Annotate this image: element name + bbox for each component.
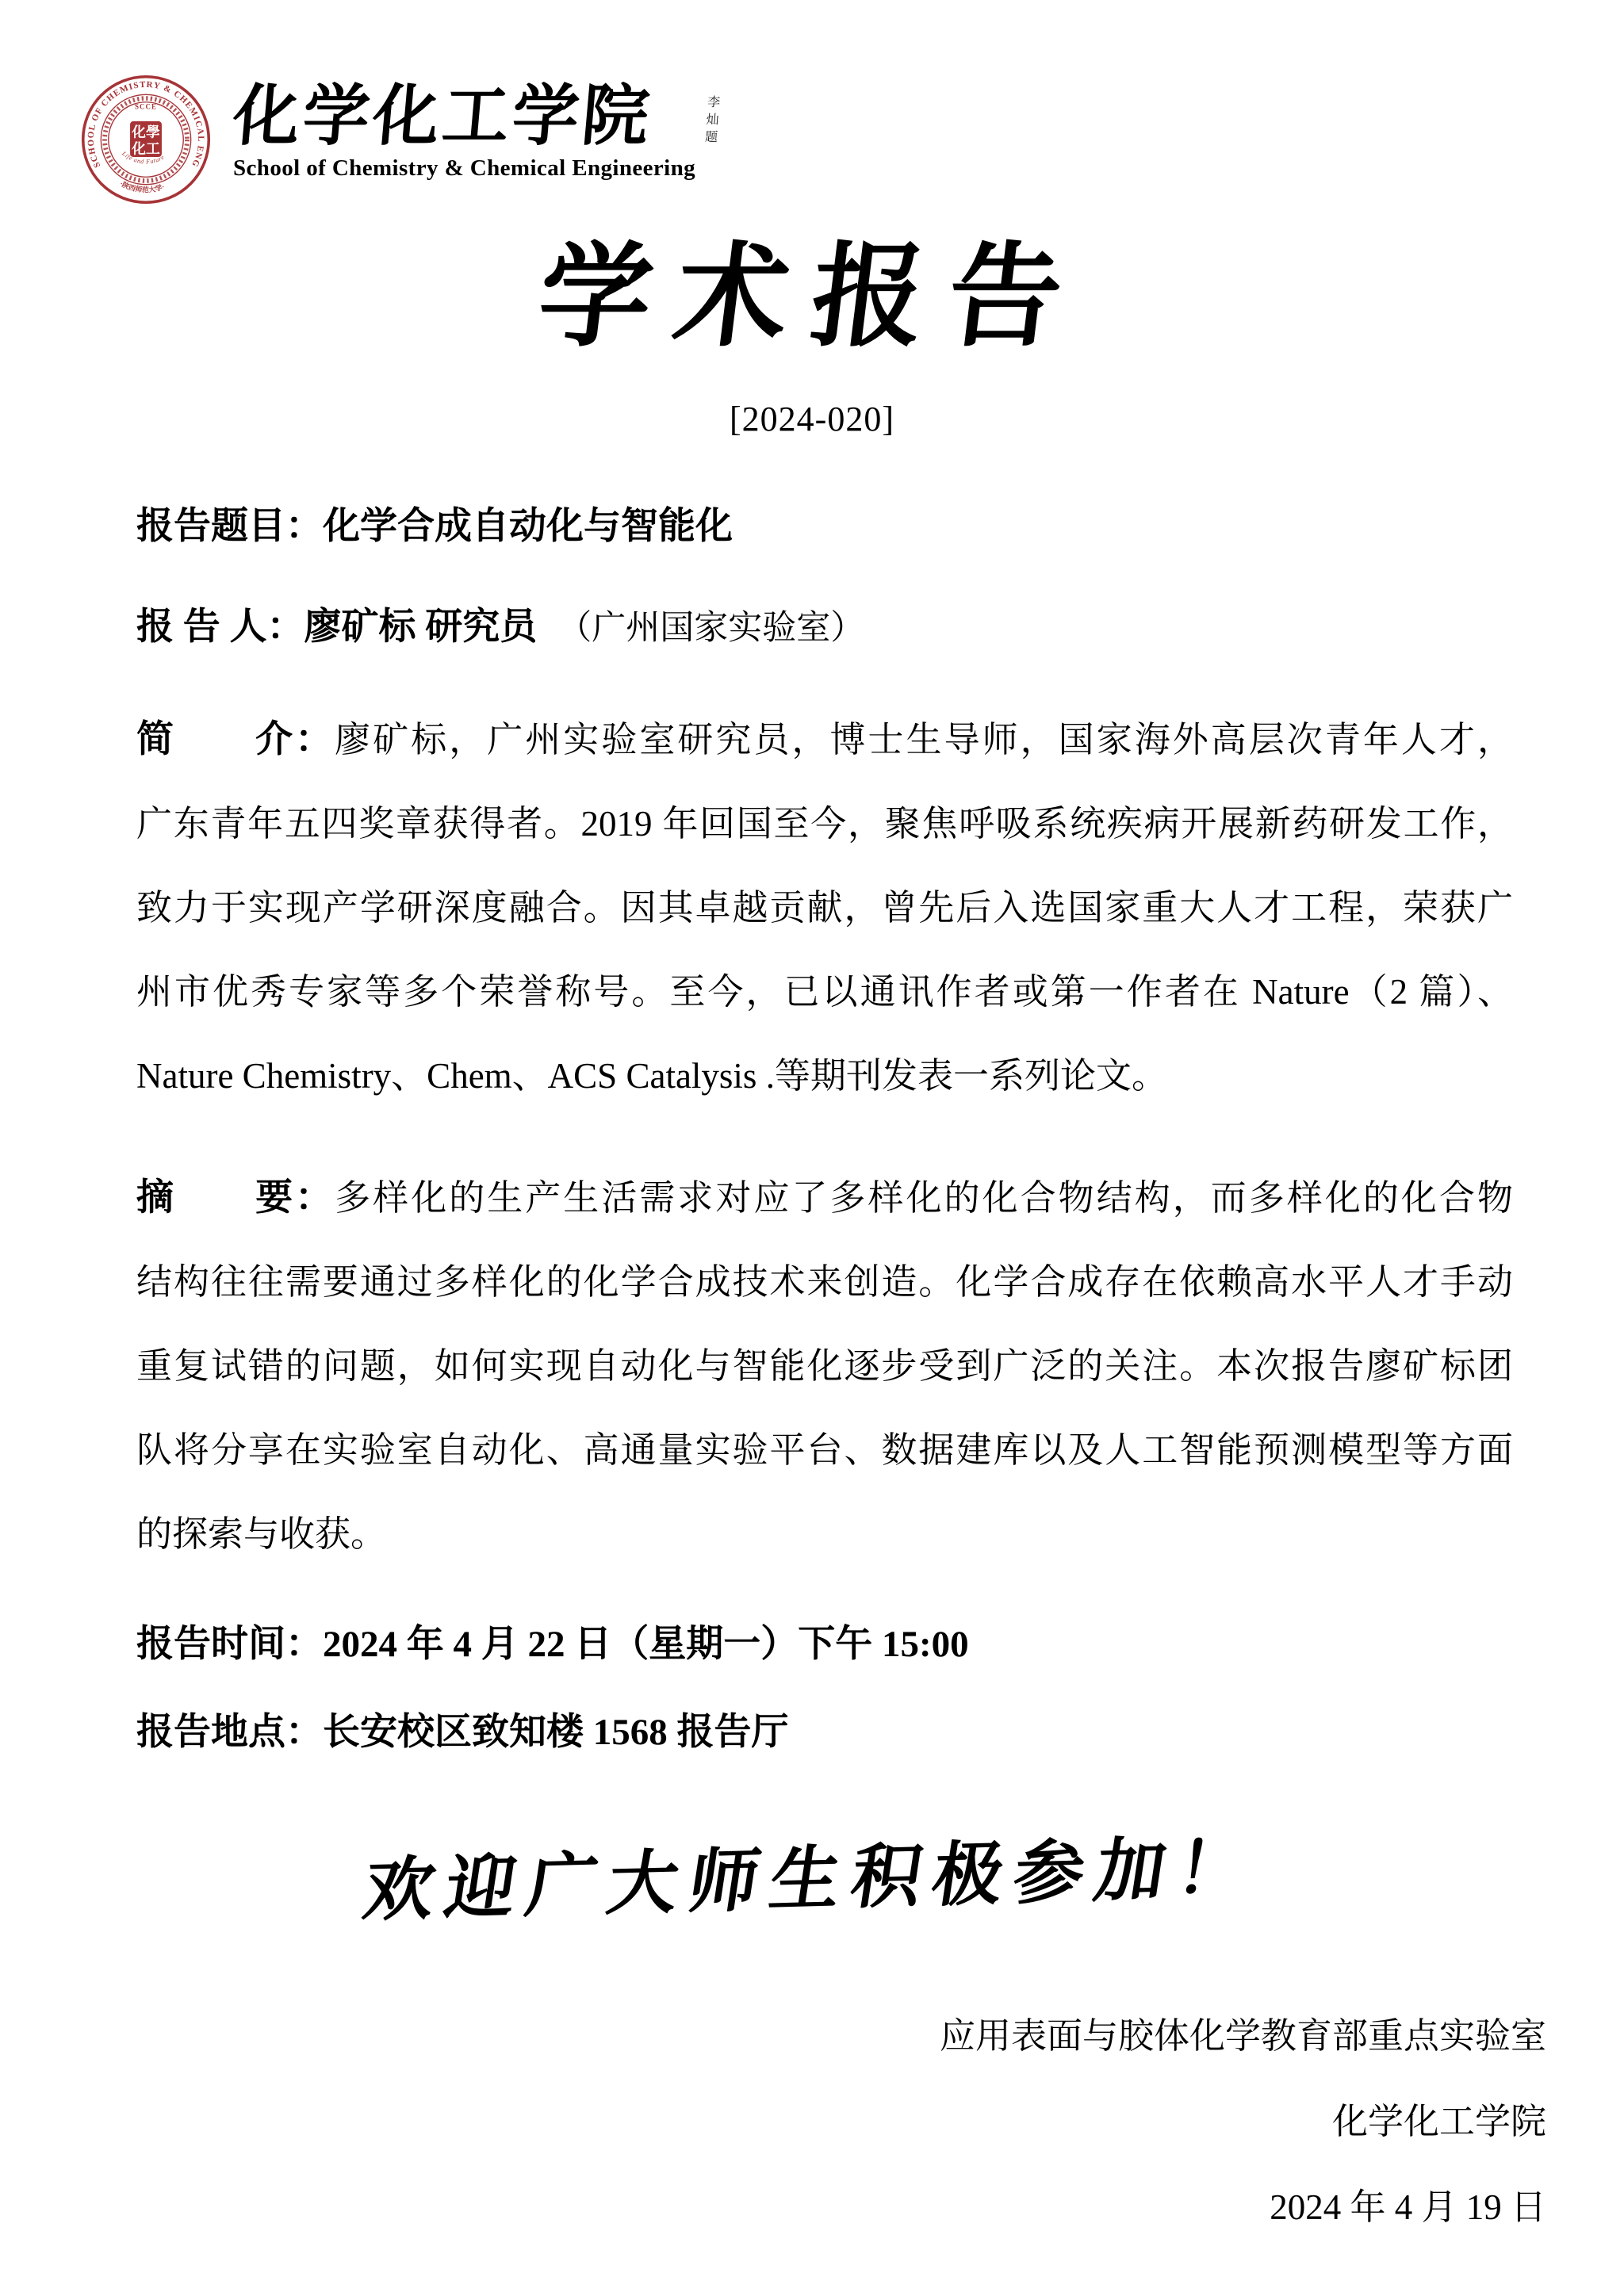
venue-line: 报告地点：长安校区致知楼 1568 报告厅 — [136, 1702, 1513, 1755]
abstract-line: 队将分享在实验室自动化、高通量实验平台、数据建库以及人工智能预测模型等方面 — [136, 1408, 1513, 1492]
bio-text: 廖矿标，广州实验室研究员，博士生导师，国家海外高层次青年人才， — [335, 720, 1513, 760]
abstract-line: 的探索与收获。 — [136, 1492, 1513, 1576]
topic-line: 报告题目：化学合成自动化与智能化 — [136, 496, 1513, 549]
footer-signature-block: 应用表面与胶体化学教育部重点实验室 化学化工学院 2024 年 4 月 19 日 — [0, 1993, 1624, 2250]
bio-label: 简 介： — [136, 719, 335, 760]
content: 报告题目：化学合成自动化与智能化 报 告 人：廖矿标 研究员（广州国家实验室） … — [136, 496, 1513, 1755]
footer-date: 2024 年 4 月 19 日 — [0, 2164, 1546, 2250]
abstract-paragraph: 摘 要：多样化的生产生活需求对应了多样化的化合物结构，而多样化的化合物 结构往往… — [136, 1156, 1513, 1576]
seal-arc-text-bottom: ·陕西师范大学· — [119, 179, 166, 193]
abstract-label: 摘 要： — [136, 1177, 335, 1219]
topic-label: 报告题目： — [136, 506, 323, 547]
footer-lab-name: 应用表面与胶体化学教育部重点实验室 — [0, 1993, 1546, 2079]
bio-paragraph: 简 介：廖矿标，广州实验室研究员，博士生导师，国家海外高层次青年人才， 广东青年… — [136, 698, 1513, 1118]
topic-value: 化学合成自动化与智能化 — [323, 506, 733, 547]
speaker-value: 廖矿标 研究员 — [304, 607, 538, 648]
bio-line: 州市优秀专家等多个荣誉称号。至今，已以通讯作者或第一作者在 Nature（2 篇… — [136, 950, 1513, 1034]
abstract-line: 重复试错的问题，如何实现自动化与智能化逐步受到广泛的关注。本次报告廖矿标团 — [136, 1324, 1513, 1408]
speaker-line: 报 告 人：廖矿标 研究员（广州国家实验室） — [136, 597, 1513, 650]
school-seal-logo: SCHOOL OF CHEMISTRY & CHEMICAL ENGINEERI… — [79, 73, 213, 206]
seal-acronym: SCCE — [135, 103, 157, 111]
bio-line: 致力于实现产学研深度融合。因其卓越贡献，曾先后入选国家重大人才工程，荣获广 — [136, 866, 1513, 950]
welcome-message: 欢迎广大师生积极参加！ — [0, 1803, 1624, 1946]
calligrapher-inscription: 李灿题 — [700, 95, 722, 147]
venue-value: 长安校区致知楼 1568 报告厅 — [323, 1712, 789, 1753]
footer-college-name: 化学化工学院 — [0, 2079, 1546, 2164]
seal-center-chars-row2: 化工 — [131, 140, 160, 156]
time-line: 报告时间：2024 年 4 月 22 日（星期一）下午 15:00 — [136, 1614, 1513, 1667]
college-name-english: School of Chemistry & Chemical Engineeri… — [233, 155, 695, 182]
venue-label: 报告地点： — [136, 1712, 323, 1753]
time-value: 2024 年 4 月 22 日（星期一）下午 15:00 — [323, 1624, 969, 1665]
speaker-affiliation: （广州国家实验室） — [557, 610, 864, 647]
abstract-line: 结构往往需要通过多样化的化学合成技术来创造。化学合成存在依赖高水平人才手动 — [136, 1240, 1513, 1324]
abstract-line: 摘 要：多样化的生产生活需求对应了多样化的化合物结构，而多样化的化合物 — [136, 1156, 1513, 1240]
issue-number: [2024-020] — [0, 399, 1624, 439]
college-name-chinese: 化学化工学院 — [230, 82, 699, 152]
bio-line: 简 介：廖矿标，广州实验室研究员，博士生导师，国家海外高层次青年人才， — [136, 698, 1513, 782]
college-name-block: 化学化工学院 School of Chemistry & Chemical En… — [233, 82, 695, 182]
speaker-label: 报 告 人： — [136, 607, 304, 648]
page-title: 学术报告 — [0, 233, 1624, 362]
bio-line: Nature Chemistry、Chem、ACS Catalysis .等期刊… — [136, 1034, 1513, 1118]
announcement-page: SCHOOL OF CHEMISTRY & CHEMICAL ENGINEERI… — [0, 0, 1624, 2296]
seal-center-chars-row1: 化學 — [131, 123, 160, 140]
bio-line: 广东青年五四奖章获得者。2019 年回国至今，聚焦呼吸系统疾病开展新药研发工作， — [136, 782, 1513, 866]
abstract-text: 多样化的生产生活需求对应了多样化的化合物结构，而多样化的化合物 — [335, 1178, 1513, 1218]
time-label: 报告时间： — [136, 1624, 323, 1665]
header: SCHOOL OF CHEMISTRY & CHEMICAL ENGINEERI… — [79, 62, 1624, 206]
